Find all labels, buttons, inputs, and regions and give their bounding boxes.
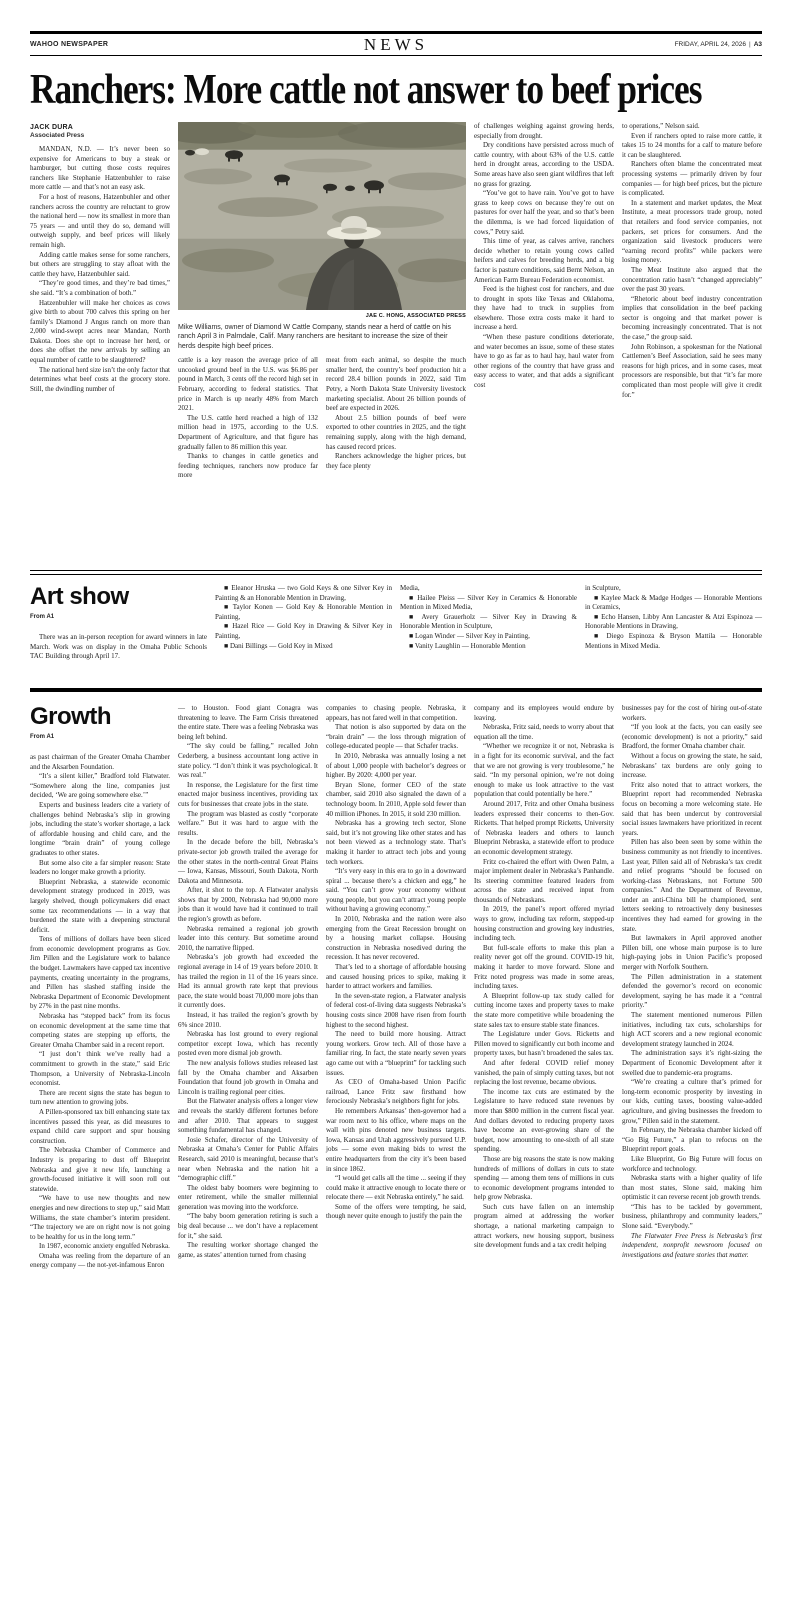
paragraph: Dry conditions have persisted across muc… — [474, 141, 614, 189]
paragraph: “We’re creating a culture that’s primed … — [622, 1078, 762, 1126]
paragraph: ■ Avery Grauerholz — Silver Key in Drawi… — [400, 613, 577, 632]
article-column-2: cattle is a key reason the average price… — [178, 356, 318, 481]
paragraph: ■ Eleanor Hruska — two Gold Keys & one S… — [215, 584, 392, 603]
article-column-1-text: MANDAN, N.D. — It’s never been so expens… — [30, 145, 170, 394]
art-show-column-3: Media,■ Hailee Pleiss — Silver Key in Ce… — [400, 584, 577, 676]
paragraph: But some also cite a far simpler reason:… — [30, 859, 170, 878]
paragraph: The program was blasted as costly “corpo… — [178, 810, 318, 839]
paragraph: ■ Hailee Pleiss — Silver Key in Ceramics… — [400, 594, 577, 613]
photo-credit: JAE C. HONG, ASSOCIATED PRESS — [178, 313, 466, 320]
paragraph: That notion is also supported by data on… — [326, 723, 466, 752]
paragraph: businesses pay for the cost of hiring ou… — [622, 704, 762, 723]
paragraph: Nebraska has a growing tech sector, Slon… — [326, 819, 466, 867]
paragraph: Nebraska remained a regional job growth … — [178, 925, 318, 954]
paragraph: “This has to be tackled by government, b… — [622, 1203, 762, 1232]
art-show-from-label: From A1 — [30, 613, 207, 621]
paragraph: And after federal COVID relief money van… — [474, 1059, 614, 1088]
paragraph: In 2010, Nebraska was annually losing a … — [326, 752, 466, 781]
art-show-column-2: ■ Eleanor Hruska — two Gold Keys & one S… — [215, 584, 392, 676]
paragraph: “It’s a silent killer,” Bradford told Fl… — [30, 772, 170, 801]
paragraph: “Whether we recognize it or not, Nebrask… — [474, 742, 614, 800]
main-article: JACK DURA Associated Press MANDAN, N.D. … — [30, 122, 762, 558]
paragraph: “I would get calls all the time ... seei… — [326, 1174, 466, 1203]
paragraph: ■ Dani Billings — Gold Key in Mixed — [215, 642, 392, 652]
paragraph: Omaha was reeling from the departure of … — [30, 1252, 170, 1271]
paragraph: Feed is the highest cost for ranchers, a… — [474, 285, 614, 333]
paragraph: Experts and business leaders cite a vari… — [30, 801, 170, 859]
growth-from-label: From A1 — [30, 733, 170, 741]
paragraph: Pillen has also been seen by some within… — [622, 838, 762, 934]
paragraph: After, it shot to the top. A Flatwater a… — [178, 886, 318, 924]
paragraph: companies to chasing people. Nebraska, i… — [326, 704, 466, 723]
paragraph: Adding cattle makes sense for some ranch… — [30, 251, 170, 280]
paragraph: ■ Kaylee Mack & Madge Hodges — Honorable… — [585, 594, 762, 613]
paragraph: company and its employees would endure b… — [474, 704, 614, 723]
paragraph: meat from each animal, so despite the mu… — [326, 356, 466, 414]
paragraph: Nebraska’s job growth had exceeded the r… — [178, 953, 318, 1011]
art-show-section: Art show From A1 There was an in-person … — [30, 584, 762, 676]
paragraph: Without a focus on growing the state, he… — [622, 752, 762, 781]
paragraph: Even if ranchers opted to raise more cat… — [622, 132, 762, 161]
paragraph: In 2010, Nebraska and the nation were al… — [326, 915, 466, 963]
paragraph: Nebraska, Fritz said, needs to worry abo… — [474, 723, 614, 742]
paragraph: “When these pasture conditions deteriora… — [474, 333, 614, 391]
paragraph: Ranchers acknowledge the higher prices, … — [326, 452, 466, 471]
paragraph: The U.S. cattle herd reached a high of 1… — [178, 414, 318, 452]
byline-org: Associated Press — [30, 132, 170, 140]
paragraph: Thanks to changes in cattle genetics and… — [178, 452, 318, 481]
article-column-4: of challenges weighing against growing h… — [474, 122, 614, 558]
paragraph: “If you look at the facts, you can easil… — [622, 723, 762, 752]
paragraph: Around 2017, Fritz and other Omaha busin… — [474, 800, 614, 858]
paragraph: “It’s very easy in this era to go in a d… — [326, 867, 466, 915]
photo-caption: Mike Williams, owner of Diamond W Cattle… — [178, 323, 466, 351]
paragraph: ■ Echo Hansen, Libby Ann Lancaster & Atz… — [585, 613, 762, 632]
growth-column-1: Growth From A1 as past chairman of the G… — [30, 704, 170, 1271]
paragraph: As CEO of Omaha-based Union Pacific rail… — [326, 1078, 466, 1107]
paragraph: Those are big reasons the state is now m… — [474, 1155, 614, 1203]
paragraph: ■ Hazel Rice — Gold Key in Drawing & Sil… — [215, 622, 392, 641]
paragraph: In the seven-state region, a Flatwater a… — [326, 992, 466, 1030]
paragraph: ■ Diego Espinoza & Bryson Mattila — Hono… — [585, 632, 762, 651]
paragraph: The Pillen administration in a statement… — [622, 973, 762, 1011]
paragraph: That’s led to a shortage of affordable h… — [326, 963, 466, 992]
paragraph: ■ Logan Winder — Silver Key in Painting, — [400, 632, 577, 642]
paragraph: ■ Vanity Laughlin — Honorable Mention — [400, 642, 577, 652]
paragraph: But full-scale efforts to make this plan… — [474, 944, 614, 992]
paragraph: The Nebraska Chamber of Commerce and Ind… — [30, 1146, 170, 1194]
article-mid-columns: cattle is a key reason the average price… — [178, 356, 466, 481]
article-column-5: to operations,” Nelson said.Even if ranc… — [622, 122, 762, 558]
paragraph: For a host of reasons, Hatzenbuhler and … — [30, 193, 170, 251]
paragraph: Nebraska has lost ground to every region… — [178, 1030, 318, 1059]
paragraph: Hatzenbuhler will make her choices as co… — [30, 299, 170, 366]
paragraph: Tens of millions of dollars have been sl… — [30, 935, 170, 1012]
paragraph: in Sculpture, — [585, 584, 762, 594]
thick-rule-divider — [30, 688, 762, 692]
paragraph: In February, the Nebraska chamber kicked… — [622, 1126, 762, 1155]
paragraph: There was an in-person reception for awa… — [30, 633, 207, 662]
paragraph: In response, the Legislature for the fir… — [178, 781, 318, 810]
paragraph: “The baby boom generation retiring is su… — [178, 1212, 318, 1241]
paragraph: The Flatwater Free Press is Nebraska’s f… — [622, 1232, 762, 1261]
paragraph: Fritz also noted that to attract workers… — [622, 781, 762, 839]
paragraph: “The sky could be falling,” recalled Joh… — [178, 742, 318, 780]
paragraph: Bryan Slone, former CEO of the state cha… — [326, 781, 466, 819]
paragraph: Instead, it has trailed the region’s gro… — [178, 1011, 318, 1030]
growth-column-1-text: as past chairman of the Greater Omaha Ch… — [30, 753, 170, 1271]
paragraph: of challenges weighing against growing h… — [474, 122, 614, 141]
paragraph: About 2.5 billion pounds of beef were ex… — [326, 414, 466, 452]
paragraph: Media, — [400, 584, 577, 594]
date-text: FRIDAY, APRIL 24, 2026 — [675, 41, 746, 48]
paragraph: A Blueprint follow-up tax study called f… — [474, 992, 614, 1030]
byline: JACK DURA Associated Press — [30, 124, 170, 140]
double-rule-divider — [30, 570, 762, 575]
art-show-column-1-text: There was an in-person reception for awa… — [30, 633, 207, 662]
paragraph: The resulting worker shortage changed th… — [178, 1241, 318, 1260]
paragraph: “You’ve got to have rain. You’ve got to … — [474, 189, 614, 237]
paragraph: The need to build more housing. Attract … — [326, 1030, 466, 1078]
article-headline: Ranchers: More cattle not answer to beef… — [30, 66, 645, 114]
paragraph: “We have to use new thoughts and new ene… — [30, 1194, 170, 1242]
paragraph: “They’re good times, and they’re bad tim… — [30, 279, 170, 298]
paragraph: But lawmakers in April approved another … — [622, 934, 762, 972]
paragraph: The administration says it’s right-sizin… — [622, 1049, 762, 1078]
art-show-column-4: in Sculpture,■ Kaylee Mack & Madge Hodge… — [585, 584, 762, 676]
paragraph: Fritz co-chaired the effort with Owen Pa… — [474, 858, 614, 906]
growth-title: Growth — [30, 704, 170, 730]
paragraph: There are recent signs the state has beg… — [30, 1089, 170, 1108]
paragraph: The oldest baby boomers were beginning t… — [178, 1184, 318, 1213]
paragraph: — to Houston. Food giant Conagra was thr… — [178, 704, 318, 742]
paragraph: A Pillen-sponsored tax bill enhancing st… — [30, 1108, 170, 1146]
paragraph: This time of year, as calves arrive, ran… — [474, 237, 614, 285]
art-show-title: Art show — [30, 584, 207, 610]
paragraph: Such cuts have fallen on an internship p… — [474, 1203, 614, 1251]
paragraph: John Robinson, a spokesman for the Natio… — [622, 343, 762, 401]
byline-author: JACK DURA — [30, 124, 170, 132]
masthead: WAHOO NEWSPAPER NEWS FRIDAY, APRIL 24, 2… — [30, 31, 762, 56]
date-page-line: FRIDAY, APRIL 24, 2026|A3 — [675, 41, 762, 49]
paragraph: ■ Taylor Konen — Gold Key & Honorable Me… — [215, 603, 392, 622]
paragraph: Nebraska has “stepped back” from its foc… — [30, 1012, 170, 1050]
separator: | — [749, 41, 751, 48]
article-column-3: meat from each animal, so despite the mu… — [326, 356, 466, 481]
page-number: A3 — [754, 41, 762, 48]
growth-column-4: company and its employees would endure b… — [474, 704, 614, 1271]
cattle-ranch-photo — [178, 122, 466, 310]
article-column-1: JACK DURA Associated Press MANDAN, N.D. … — [30, 122, 170, 558]
paragraph: as past chairman of the Greater Omaha Ch… — [30, 753, 170, 772]
headline-wrap: Ranchers: More cattle not answer to beef… — [30, 66, 762, 118]
growth-column-2: — to Houston. Food giant Conagra was thr… — [178, 704, 318, 1271]
paragraph: In a statement and market updates, the M… — [622, 199, 762, 266]
paragraph: Some of the offers were tempting, he sai… — [326, 1203, 466, 1222]
paragraph: In 2019, the panel’s report offered myri… — [474, 905, 614, 943]
paragraph: The Meat Institute also argued that the … — [622, 266, 762, 295]
paragraph: In the decade before the bill, Nebraska’… — [178, 838, 318, 886]
paragraph: Josie Schafer, director of the Universit… — [178, 1136, 318, 1184]
paragraph: The new analysis follows studies release… — [178, 1059, 318, 1097]
growth-section: Growth From A1 as past chairman of the G… — [30, 704, 762, 1271]
article-photo — [178, 122, 466, 310]
growth-column-5: businesses pay for the cost of hiring ou… — [622, 704, 762, 1271]
paragraph: to operations,” Nelson said. — [622, 122, 762, 132]
newspaper-page: WAHOO NEWSPAPER NEWS FRIDAY, APRIL 24, 2… — [0, 31, 792, 1615]
growth-column-3: companies to chasing people. Nebraska, i… — [326, 704, 466, 1271]
paragraph: The national herd size isn’t the only fa… — [30, 366, 170, 395]
art-show-column-1: Art show From A1 There was an in-person … — [30, 584, 207, 676]
paragraph: But the Flatwater analysis offers a long… — [178, 1097, 318, 1135]
paragraph: MANDAN, N.D. — It’s never been so expens… — [30, 145, 170, 193]
paragraph: Nebraska starts with a higher quality of… — [622, 1174, 762, 1203]
paper-name: WAHOO NEWSPAPER — [30, 41, 108, 49]
paragraph: cattle is a key reason the average price… — [178, 356, 318, 414]
paragraph: The statement mentioned numerous Pillen … — [622, 1011, 762, 1049]
paragraph: He remembers Arkansas’ then-governor had… — [326, 1107, 466, 1174]
paragraph: The Legislature under Govs. Ricketts and… — [474, 1030, 614, 1059]
paragraph: In 1987, economic anxiety engulfed Nebra… — [30, 1242, 170, 1252]
paragraph: “Rhetoric about beef industry concentrat… — [622, 295, 762, 343]
paragraph: “I just don’t think we’ve really had a c… — [30, 1050, 170, 1088]
section-name: NEWS — [364, 36, 428, 54]
paragraph: Blueprint Nebraska, a statewide economic… — [30, 878, 170, 936]
paragraph: The income tax cuts are estimated by the… — [474, 1088, 614, 1155]
article-photo-block: JAE C. HONG, ASSOCIATED PRESS Mike Willi… — [178, 122, 466, 558]
paragraph: Ranchers often blame the concentrated me… — [622, 160, 762, 198]
paragraph: Like Blueprint, Go Big Future will focus… — [622, 1155, 762, 1174]
